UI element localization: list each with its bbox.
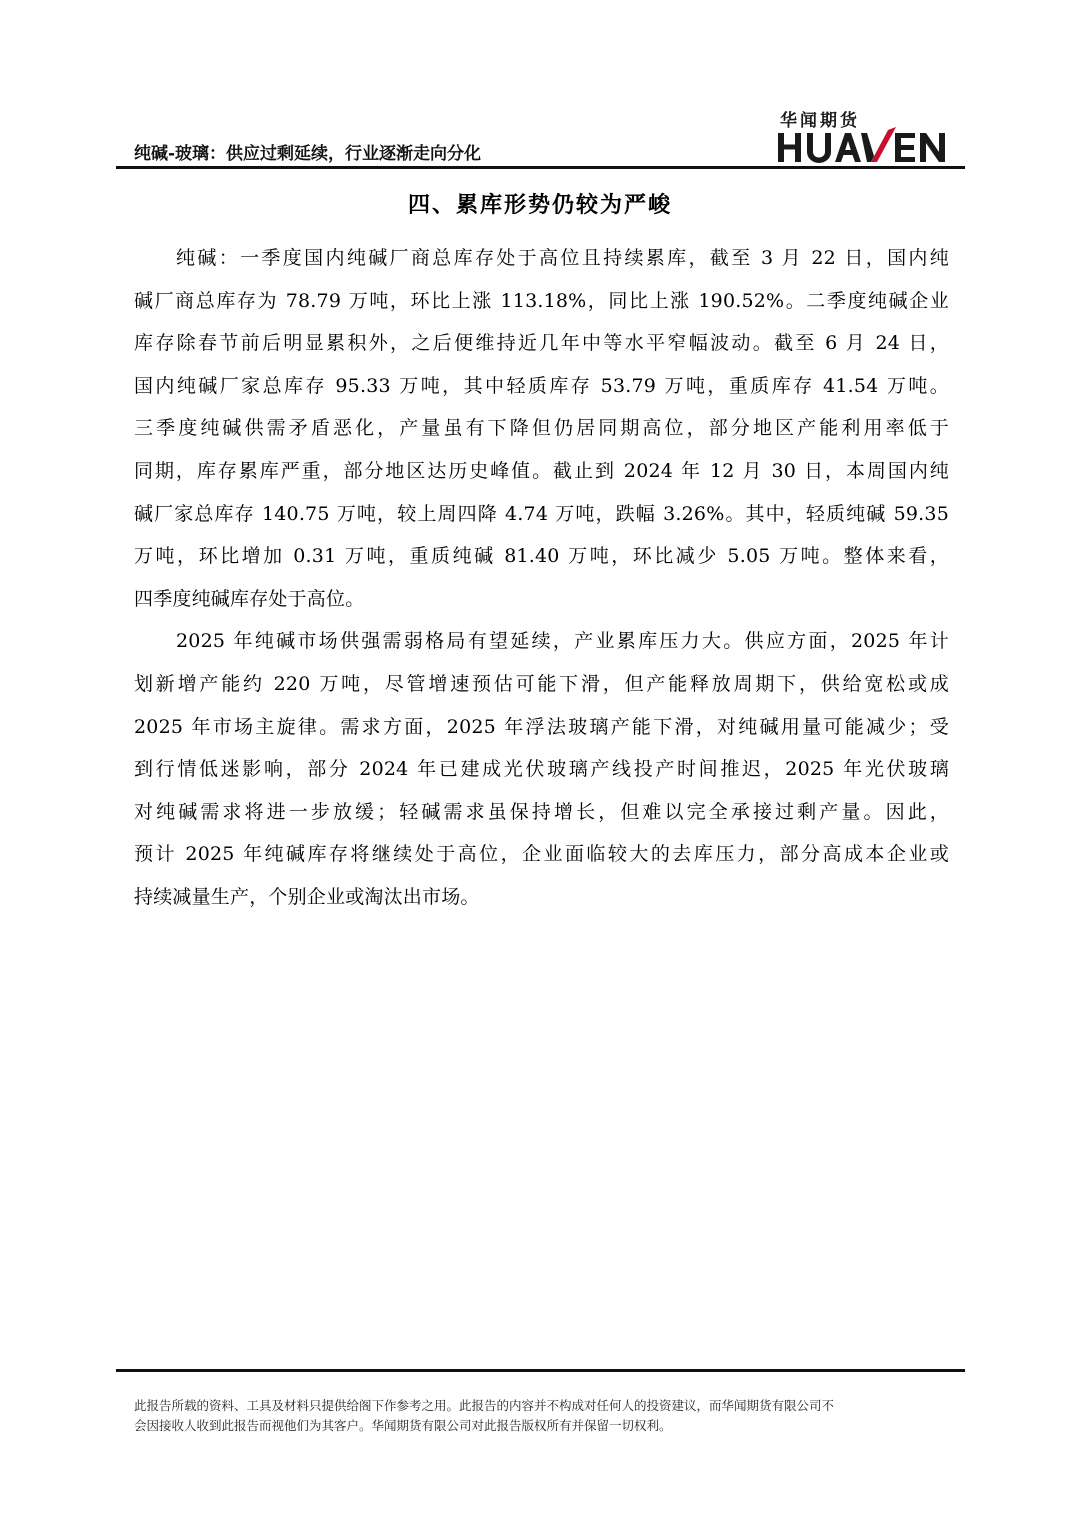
- text-line: 碱厂商总库存为 78.79 万吨，环比上涨 113.18%，同比上涨 190.5…: [134, 280, 949, 323]
- text-line: 2025 年市场主旋律。需求方面，2025 年浮法玻璃产能下滑，对纯碱用量可能减…: [134, 706, 949, 749]
- text-line: 持续减量生产，个别企业或淘汰出市场。: [134, 876, 949, 919]
- logo-huawen-wordmark-icon: [778, 126, 953, 164]
- text-line: 2025 年纯碱市场供强需弱格局有望延续，产业累库压力大。供应方面，2025 年…: [134, 620, 949, 663]
- text-line: 纯碱：一季度国内纯碱厂商总库存处于高位且持续累库，截至 3 月 22 日，国内纯: [134, 237, 949, 280]
- text-line: 四季度纯碱库存处于高位。: [134, 578, 949, 621]
- huawen-logo: 华闻期货: [778, 104, 953, 164]
- text-line: 到行情低迷影响，部分 2024 年已建成光伏玻璃产线投产时间推迟，2025 年光…: [134, 748, 949, 791]
- header-divider: [116, 166, 965, 169]
- text-line: 同期，库存累库严重，部分地区达历史峰值。截止到 2024 年 12 月 30 日…: [134, 450, 949, 493]
- text-line: 划新增产能约 220 万吨，尽管增速预估可能下滑，但产能释放周期下，供给宽松或成: [134, 663, 949, 706]
- report-body: 纯碱：一季度国内纯碱厂商总库存处于高位且持续累库，截至 3 月 22 日，国内纯…: [134, 237, 949, 919]
- text-line: 对纯碱需求将进一步放缓；轻碱需求虽保持增长，但难以完全承接过剩产量。因此，: [134, 791, 949, 834]
- report-header-title: 纯碱-玻璃：供应过剩延续，行业逐渐走向分化: [134, 139, 481, 164]
- section-title: 四、累库形势仍较为严峻: [0, 188, 1080, 219]
- text-line: 国内纯碱厂家总库存 95.33 万吨，其中轻质库存 53.79 万吨，重质库存 …: [134, 365, 949, 408]
- text-line: 三季度纯碱供需矛盾恶化，产量虽有下降但仍居同期高位，部分地区产能利用率低于: [134, 407, 949, 450]
- text-line: 预计 2025 年纯碱库存将继续处于高位，企业面临较大的去库压力，部分高成本企业…: [134, 833, 949, 876]
- text-line: 碱厂家总库存 140.75 万吨，较上周四降 4.74 万吨，跌幅 3.26%。…: [134, 493, 949, 536]
- paragraph-inventory-review: 纯碱：一季度国内纯碱厂商总库存处于高位且持续累库，截至 3 月 22 日，国内纯…: [134, 237, 949, 620]
- footer-disclaimer: 此报告所载的资料、工具及材料只提供给阁下作参考之用。此报告的内容并不构成对任何人…: [134, 1396, 949, 1436]
- disclaimer-line: 会因接收人收到此报告而视他们为其客户。华闻期货有限公司对此报告版权所有并保留一切…: [134, 1416, 949, 1436]
- footer-divider: [116, 1369, 965, 1372]
- report-page: 纯碱-玻璃：供应过剩延续，行业逐渐走向分化 华闻期货 四、累库形势仍较为严峻: [0, 0, 1080, 1527]
- disclaimer-line: 此报告所载的资料、工具及材料只提供给阁下作参考之用。此报告的内容并不构成对任何人…: [134, 1396, 949, 1416]
- text-line: 万吨，环比增加 0.31 万吨，重质纯碱 81.40 万吨，环比减少 5.05 …: [134, 535, 949, 578]
- text-line: 库存除春节前后明显累积外，之后便维持近几年中等水平窄幅波动。截至 6 月 24 …: [134, 322, 949, 365]
- paragraph-2025-outlook: 2025 年纯碱市场供强需弱格局有望延续，产业累库压力大。供应方面，2025 年…: [134, 620, 949, 918]
